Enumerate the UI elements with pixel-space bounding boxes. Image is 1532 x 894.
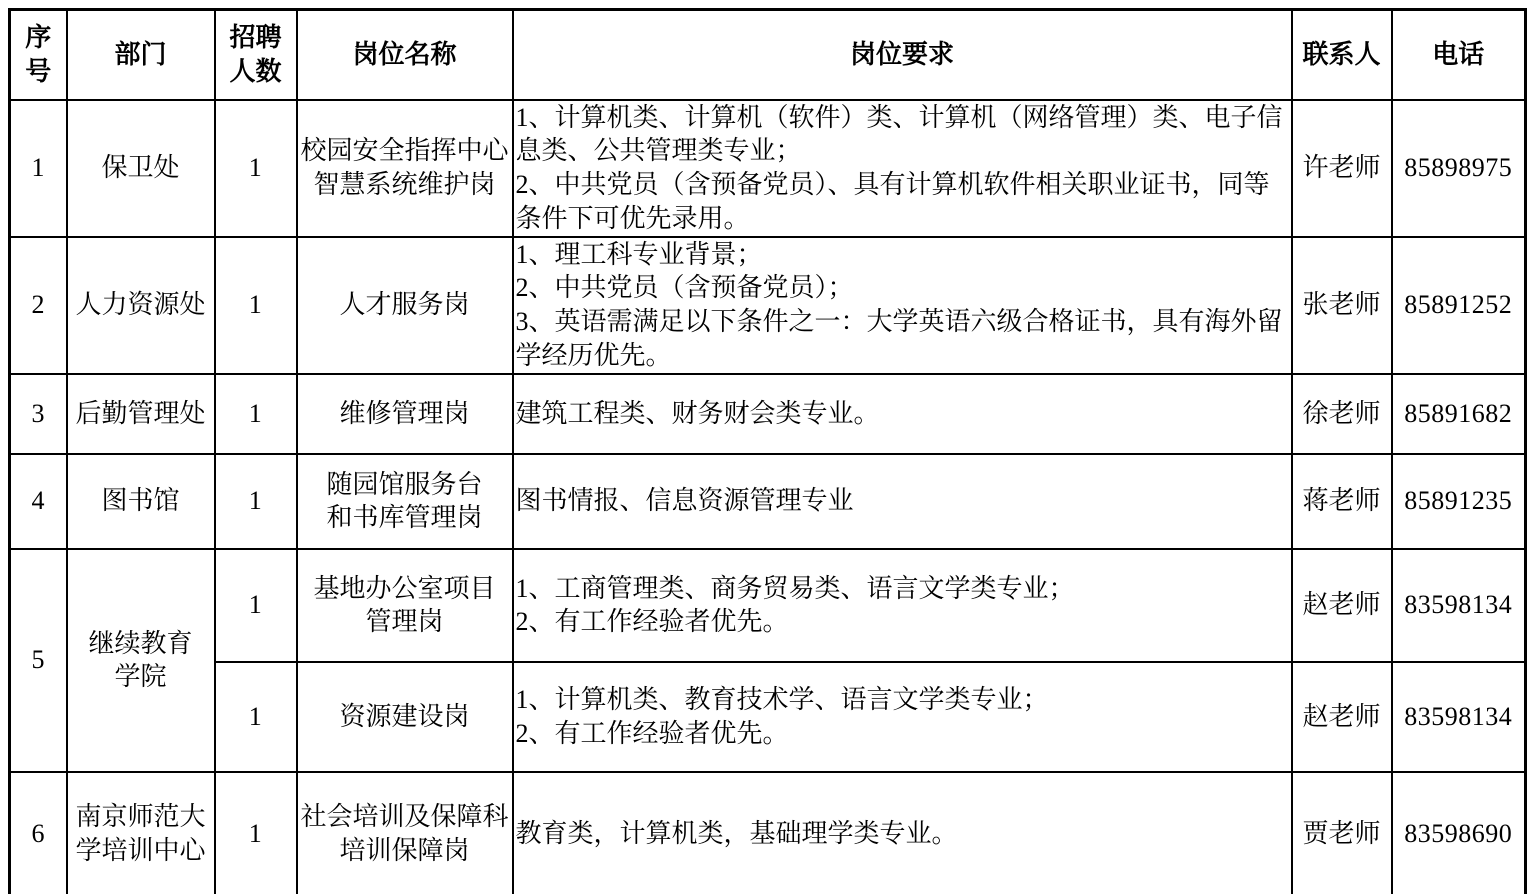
cell-position: 维修管理岗 xyxy=(297,374,513,454)
cell-serial: 6 xyxy=(10,772,67,894)
cell-contact: 徐老师 xyxy=(1292,374,1392,454)
cell-requirements: 1、计算机类、教育技术学、语言文学类专业； 2、有工作经验者优先。 xyxy=(513,662,1292,772)
cell-requirements: 图书情报、信息资源管理专业 xyxy=(513,454,1292,549)
cell-count: 1 xyxy=(215,549,297,662)
table-row: 3 后勤管理处 1 维修管理岗 建筑工程类、财务财会类专业。 徐老师 85891… xyxy=(10,374,1526,454)
table-row: 5 继续教育 学院 1 基地办公室项目 管理岗 1、工商管理类、商务贸易类、语言… xyxy=(10,549,1526,662)
cell-serial: 1 xyxy=(10,100,67,237)
table-row: 1 保卫处 1 校园安全指挥中心 智慧系统维护岗 1、计算机类、计算机（软件）类… xyxy=(10,100,1526,237)
cell-contact: 许老师 xyxy=(1292,100,1392,237)
cell-position: 校园安全指挥中心 智慧系统维护岗 xyxy=(297,100,513,237)
cell-phone: 83598134 xyxy=(1392,662,1526,772)
cell-dept: 后勤管理处 xyxy=(67,374,215,454)
cell-dept: 继续教育 学院 xyxy=(67,549,215,772)
header-row: 序号 部门 招聘 人数 岗位名称 岗位要求 联系人 电话 xyxy=(10,10,1526,100)
cell-requirements: 教育类，计算机类，基础理学类专业。 xyxy=(513,772,1292,894)
cell-count: 1 xyxy=(215,772,297,894)
table-row: 1 资源建设岗 1、计算机类、教育技术学、语言文学类专业； 2、有工作经验者优先… xyxy=(10,662,1526,772)
cell-phone: 85898975 xyxy=(1392,100,1526,237)
cell-position: 资源建设岗 xyxy=(297,662,513,772)
cell-phone: 83598690 xyxy=(1392,772,1526,894)
cell-contact: 赵老师 xyxy=(1292,549,1392,662)
header-requirements: 岗位要求 xyxy=(513,10,1292,100)
cell-requirements: 1、理工科专业背景； 2、中共党员（含预备党员）； 3、英语需满足以下条件之一：… xyxy=(513,237,1292,374)
cell-count: 1 xyxy=(215,454,297,549)
header-phone: 电话 xyxy=(1392,10,1526,100)
table-row: 6 南京师范大 学培训中心 1 社会培训及保障科 培训保障岗 教育类，计算机类，… xyxy=(10,772,1526,894)
cell-phone: 83598134 xyxy=(1392,549,1526,662)
cell-count: 1 xyxy=(215,662,297,772)
cell-dept: 保卫处 xyxy=(67,100,215,237)
header-position: 岗位名称 xyxy=(297,10,513,100)
cell-contact: 张老师 xyxy=(1292,237,1392,374)
cell-position: 人才服务岗 xyxy=(297,237,513,374)
cell-contact: 赵老师 xyxy=(1292,662,1392,772)
recruitment-table: 序号 部门 招聘 人数 岗位名称 岗位要求 联系人 电话 1 保卫处 1 校园安… xyxy=(8,8,1527,894)
header-dept: 部门 xyxy=(67,10,215,100)
document-page: 序号 部门 招聘 人数 岗位名称 岗位要求 联系人 电话 1 保卫处 1 校园安… xyxy=(0,0,1532,894)
cell-dept: 人力资源处 xyxy=(67,237,215,374)
cell-count: 1 xyxy=(215,237,297,374)
cell-serial: 4 xyxy=(10,454,67,549)
cell-position: 社会培训及保障科 培训保障岗 xyxy=(297,772,513,894)
cell-requirements: 1、工商管理类、商务贸易类、语言文学类专业； 2、有工作经验者优先。 xyxy=(513,549,1292,662)
cell-count: 1 xyxy=(215,374,297,454)
cell-serial: 3 xyxy=(10,374,67,454)
cell-position: 随园馆服务台 和书库管理岗 xyxy=(297,454,513,549)
cell-dept: 南京师范大 学培训中心 xyxy=(67,772,215,894)
cell-phone: 85891252 xyxy=(1392,237,1526,374)
header-count: 招聘 人数 xyxy=(215,10,297,100)
cell-requirements: 1、计算机类、计算机（软件）类、计算机（网络管理）类、电子信息类、公共管理类专业… xyxy=(513,100,1292,237)
cell-count: 1 xyxy=(215,100,297,237)
cell-phone: 85891235 xyxy=(1392,454,1526,549)
cell-requirements: 建筑工程类、财务财会类专业。 xyxy=(513,374,1292,454)
header-serial: 序号 xyxy=(10,10,67,100)
table-row: 2 人力资源处 1 人才服务岗 1、理工科专业背景； 2、中共党员（含预备党员）… xyxy=(10,237,1526,374)
cell-position: 基地办公室项目 管理岗 xyxy=(297,549,513,662)
cell-serial: 2 xyxy=(10,237,67,374)
cell-contact: 贾老师 xyxy=(1292,772,1392,894)
header-contact: 联系人 xyxy=(1292,10,1392,100)
table-row: 4 图书馆 1 随园馆服务台 和书库管理岗 图书情报、信息资源管理专业 蒋老师 … xyxy=(10,454,1526,549)
cell-phone: 85891682 xyxy=(1392,374,1526,454)
cell-dept: 图书馆 xyxy=(67,454,215,549)
cell-serial: 5 xyxy=(10,549,67,772)
cell-contact: 蒋老师 xyxy=(1292,454,1392,549)
